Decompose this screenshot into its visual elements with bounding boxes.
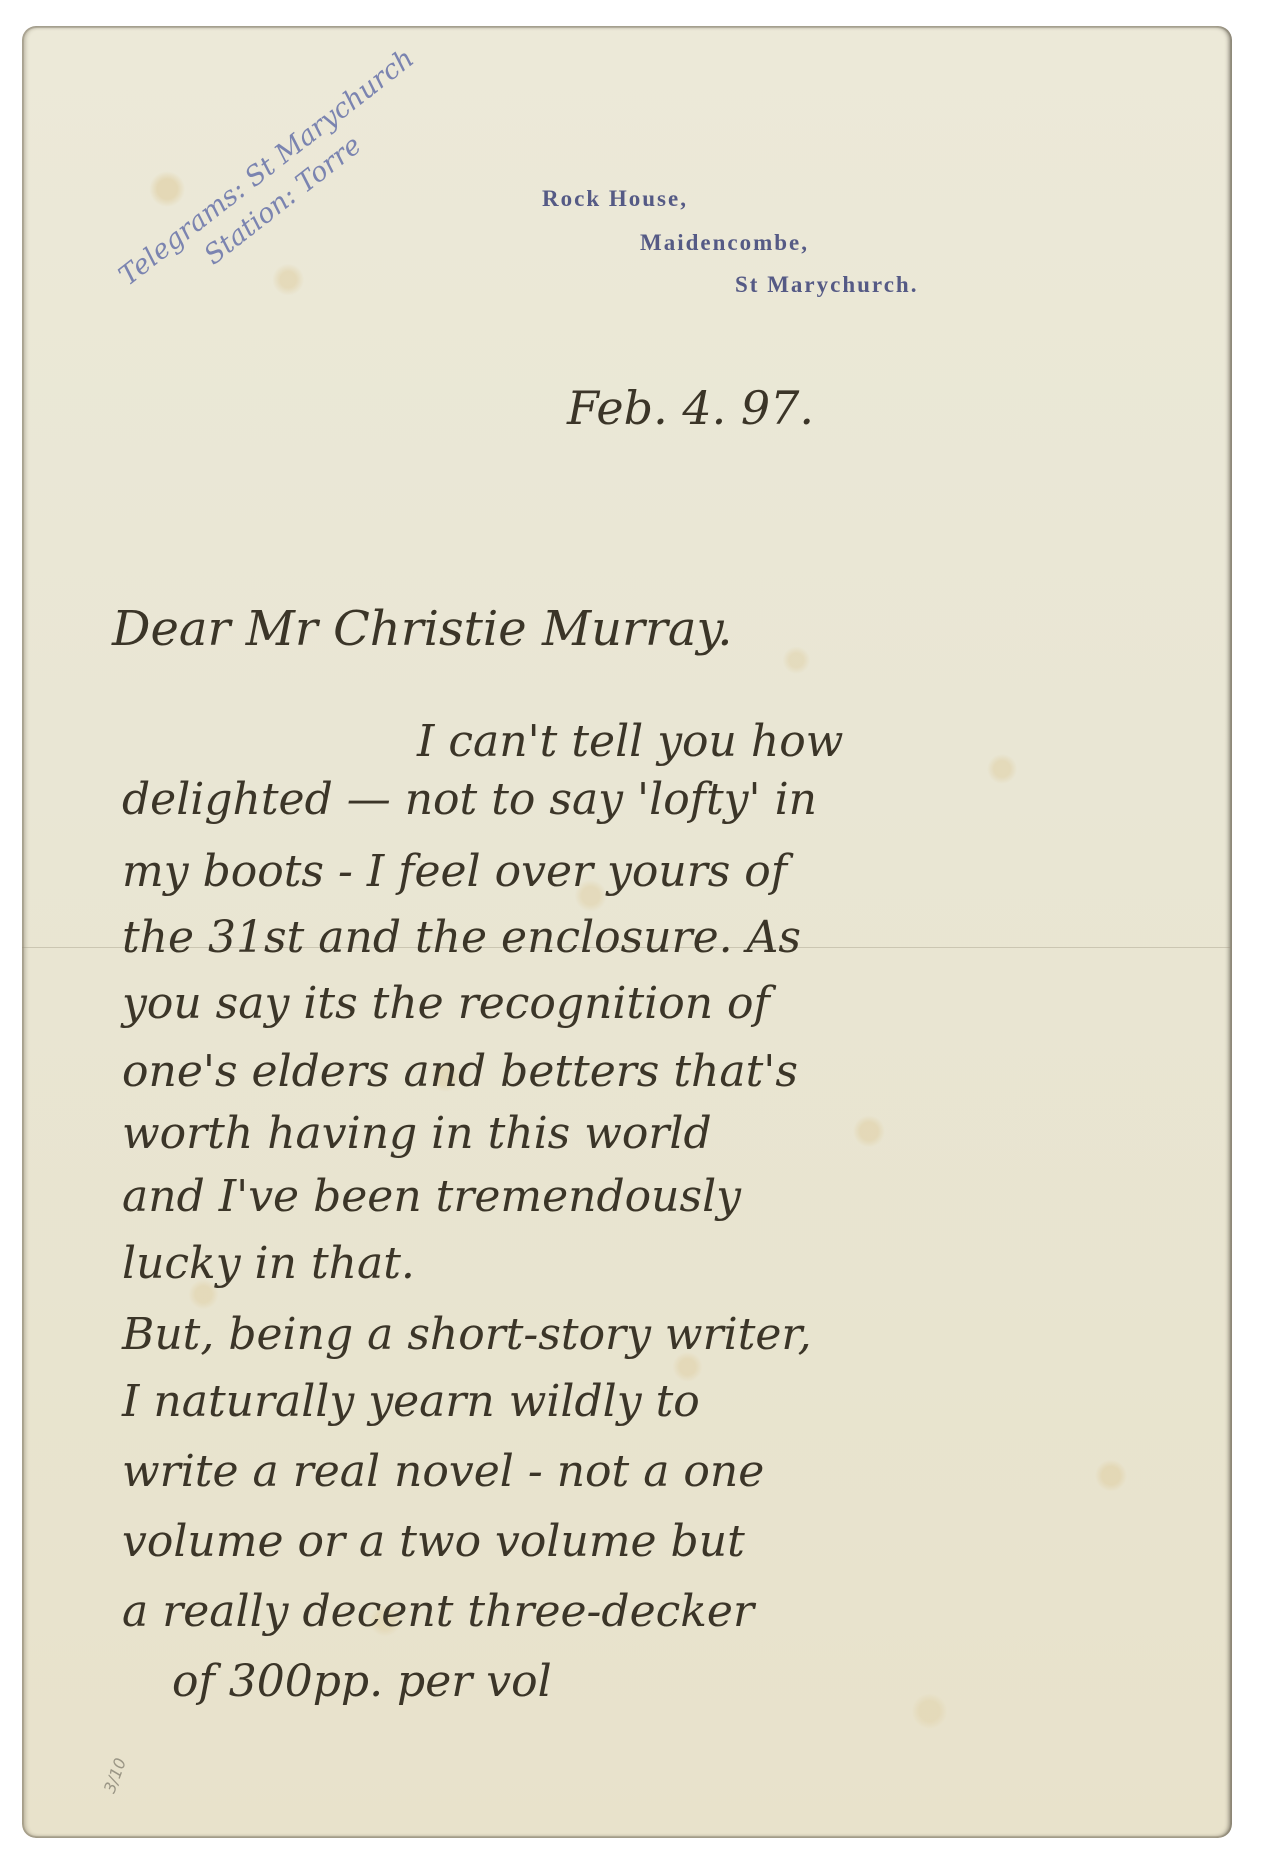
address-line-2: Maidencombe,	[640, 230, 809, 256]
body-line: a really decent three-decker	[122, 1586, 754, 1637]
address-line-1: Rock House,	[542, 186, 688, 212]
body-line: delighted — not to say 'lofty' in	[122, 774, 817, 825]
body-line: I naturally yearn wildly to	[122, 1376, 700, 1427]
letter-date: Feb. 4. 97.	[567, 381, 814, 435]
body-line: the 31st and the enclosure. As	[122, 912, 801, 963]
telegram-line: Telegrams: St Marychurch	[112, 41, 422, 294]
body-line: one's elders and betters that's	[122, 1046, 798, 1097]
pencil-annotation: 3/10	[100, 1755, 130, 1795]
body-line: of 300pp. per vol	[172, 1656, 552, 1707]
body-line: lucky in that.	[122, 1238, 415, 1289]
body-line: and I've been tremendously	[122, 1171, 741, 1222]
body-line: write a real novel - not a one	[122, 1446, 764, 1497]
body-line: you say its the recognition of	[122, 978, 770, 1029]
body-line: But, being a short-story writer,	[122, 1309, 812, 1360]
salutation: Dear Mr Christie Murray.	[112, 601, 733, 657]
address-line-3: St Marychurch.	[735, 272, 918, 298]
body-line: my boots - I feel over yours of	[122, 846, 787, 897]
body-line: worth having in this world	[122, 1108, 712, 1159]
letter-page: Telegrams: St Marychurch Station: Torre …	[22, 26, 1232, 1838]
telegram-stamp: Telegrams: St Marychurch Station: Torre	[112, 41, 444, 323]
body-line: I can't tell you how	[417, 716, 843, 767]
body-line: volume or a two volume but	[122, 1516, 745, 1567]
